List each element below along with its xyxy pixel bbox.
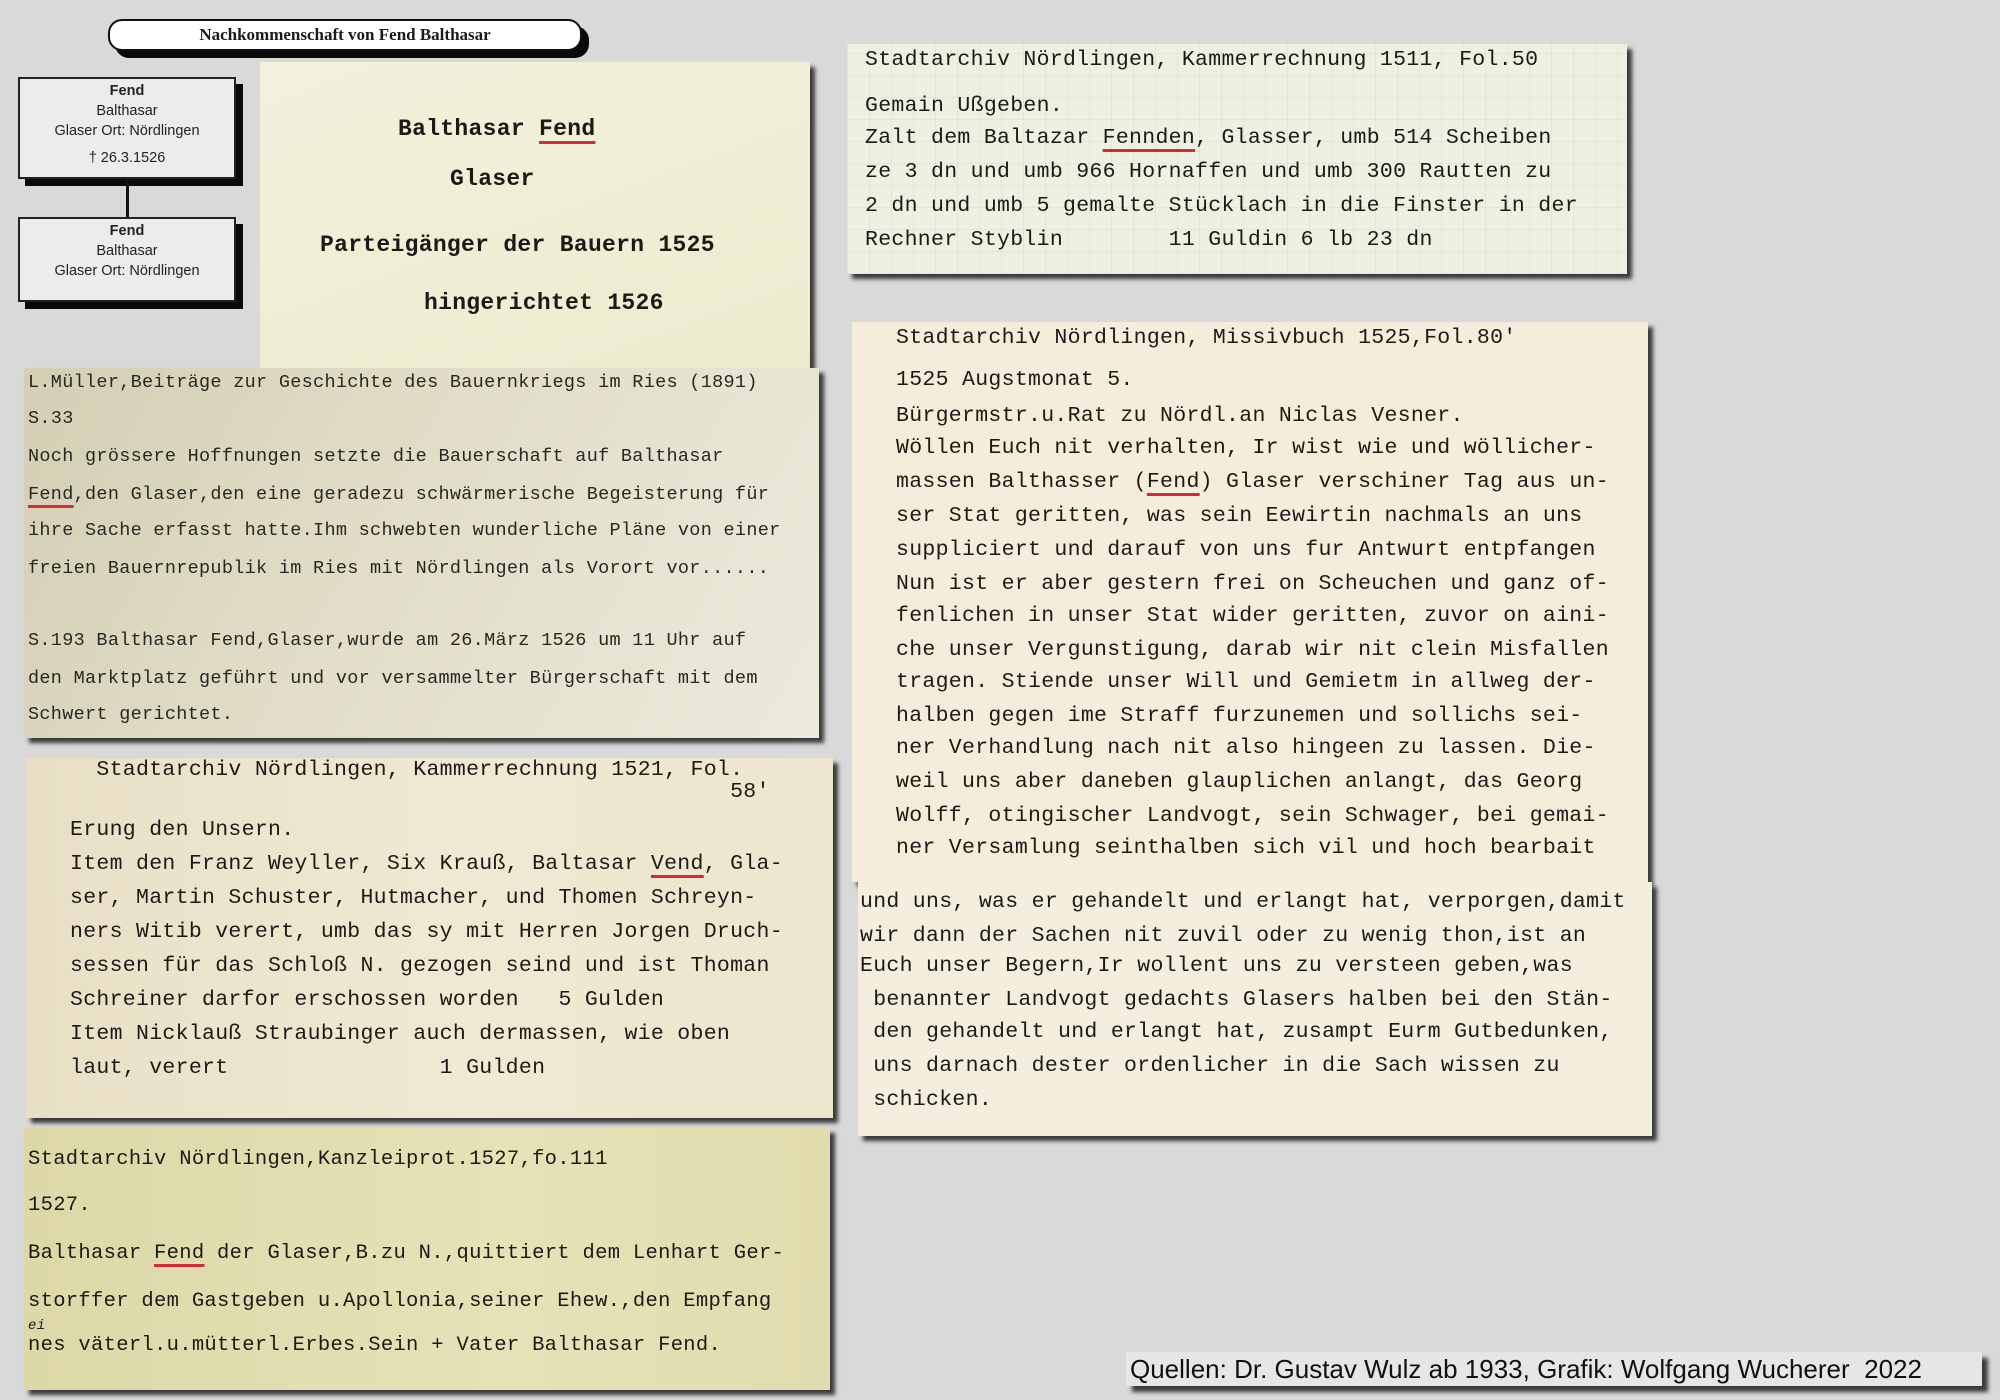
document-line: S.193 Balthasar Fend,Glaser,wurde am 26.…	[28, 630, 746, 651]
tree-node-details: Glaser Ort: Nördlingen	[20, 121, 234, 141]
document-line: Stadtarchiv Nördlingen, Kammerrechnung 1…	[70, 758, 743, 782]
document-line: den Marktplatz geführt und vor versammel…	[28, 668, 758, 689]
tree-node-given-name: Balthasar	[20, 101, 234, 121]
document-kammerrechnung-1521: Stadtarchiv Nördlingen, Kammerrechnung 1…	[26, 758, 833, 1118]
document-line: hingerichtet 1526	[424, 290, 664, 316]
document-line: 1525 Augstmonat 5.	[896, 368, 1134, 392]
document-line: halben gegen ime Straff furzunemen und s…	[896, 704, 1583, 728]
document-line: nes väterl.u.mütterl.Erbes.Sein + Vater …	[28, 1334, 721, 1357]
tree-node-surname: Fend	[20, 81, 234, 101]
document-line: Glaser	[450, 166, 535, 192]
document-line: Balthasar Fend	[398, 116, 595, 142]
document-line: che unser Vergunstigung, darab wir nit c…	[896, 638, 1609, 662]
tree-node-death-date: † 26.3.1526	[20, 148, 234, 168]
document-line: benannter Landvogt gedachts Glasers halb…	[860, 988, 1613, 1012]
document-line: fenlichen in unser Stat wider geritten, …	[896, 604, 1609, 628]
document-missivbuch-1525: Stadtarchiv Nördlingen, Missivbuch 1525,…	[852, 322, 1648, 882]
document-line: Gemain Ußgeben.	[865, 94, 1063, 118]
document-line: uns darnach dester ordenlicher in die Sa…	[860, 1054, 1560, 1078]
tree-node-details: Glaser Ort: Nördlingen	[20, 261, 234, 281]
document-line: Zalt dem Baltazar Fennden, Glasser, umb …	[865, 126, 1552, 150]
document-line: Schwert gerichtet.	[28, 704, 233, 725]
document-line: storffer dem Gastgeben u.Apollonia,seine…	[28, 1290, 772, 1313]
document-line: sessen für das Schloß N. gezogen seind u…	[70, 954, 770, 978]
tree-node-child: Fend Balthasar Glaser Ort: Nördlingen	[18, 217, 236, 302]
document-line: Wolff, otingischer Landvogt, sein Schwag…	[896, 804, 1609, 828]
document-line: laut, verert 1 Gulden	[70, 1056, 545, 1080]
tree-node-given-name: Balthasar	[20, 241, 234, 261]
highlighted-name: Fend	[28, 484, 74, 505]
document-line: und uns, was er gehandelt und erlangt ha…	[860, 890, 1626, 914]
highlighted-name: Fend	[154, 1242, 204, 1265]
document-line: Stadtarchiv Nördlingen, Missivbuch 1525,…	[896, 326, 1517, 350]
document-line: Fend,den Glaser,den eine geradezu schwär…	[28, 484, 769, 505]
document-line: Schreiner darfor erschossen worden 5 Gul…	[70, 988, 664, 1012]
highlighted-name: Fend	[1147, 470, 1200, 494]
document-line: Noch grössere Hoffnungen setzte die Baue…	[28, 446, 724, 467]
document-line: Item Nicklauß Straubinger auch dermassen…	[70, 1022, 730, 1046]
document-line: Stadtarchiv Nördlingen, Kammerrechnung 1…	[865, 48, 1538, 72]
tree-node-surname: Fend	[20, 221, 234, 241]
document-line: Bürgermstr.u.Rat zu Nördl.an Niclas Vesn…	[896, 404, 1464, 428]
document-line: ser, Martin Schuster, Hutmacher, und Tho…	[70, 886, 757, 910]
document-line: ze 3 dn und umb 966 Hornaffen und umb 30…	[865, 160, 1552, 184]
document-line: wir dann der Sachen nit zuvil oder zu we…	[860, 924, 1586, 948]
sources-credit: Quellen: Dr. Gustav Wulz ab 1933, Grafik…	[1126, 1352, 1982, 1386]
document-line: 2 dn und umb 5 gemalte Stücklach in die …	[865, 194, 1578, 218]
chart-title: Nachkommenschaft von Fend Balthasar	[108, 19, 582, 51]
document-line: S.33	[28, 408, 74, 429]
document-line: Erung den Unsern.	[70, 818, 294, 842]
document-line: Item den Franz Weyller, Six Krauß, Balta…	[70, 852, 783, 876]
document-line: Nun ist er aber gestern frei on Scheuche…	[896, 572, 1609, 596]
document-line: Wöllen Euch nit verhalten, Ir wist wie u…	[896, 436, 1596, 460]
document-line: Rechner Styblin 11 Guldin 6 lb 23 dn	[865, 228, 1433, 252]
document-kanzleiprot-1527: Stadtarchiv Nördlingen,Kanzleiprot.1527,…	[24, 1128, 830, 1390]
document-line: ner Versamlung seinthalben sich vil und …	[896, 836, 1596, 860]
document-missivbuch-1525-continued: und uns, was er gehandelt und erlangt ha…	[858, 882, 1652, 1136]
document-line: schicken.	[860, 1088, 992, 1112]
document-kammerrechnung-1511: Stadtarchiv Nördlingen, Kammerrechnung 1…	[847, 44, 1627, 274]
document-line: weil uns aber daneben glauplichen anlang…	[896, 770, 1583, 794]
document-intro-card: Balthasar FendGlaserParteigänger der Bau…	[260, 62, 810, 372]
document-line: 58'	[70, 780, 770, 804]
document-line: ei	[28, 1318, 45, 1334]
document-line: L.Müller,Beiträge zur Geschichte des Bau…	[28, 372, 758, 393]
tree-connector-line	[126, 179, 129, 217]
document-line: Parteigänger der Bauern 1525	[320, 232, 715, 258]
highlighted-name: Vend	[651, 852, 704, 876]
document-mueller-1891: L.Müller,Beiträge zur Geschichte des Bau…	[24, 368, 819, 738]
tree-node-parent: Fend Balthasar Glaser Ort: Nördlingen † …	[18, 77, 236, 179]
document-line: suppliciert und darauf von uns fur Antwu…	[896, 538, 1596, 562]
document-line: ners Witib verert, umb das sy mit Herren…	[70, 920, 783, 944]
highlighted-name: Fend	[539, 116, 595, 142]
document-line: massen Balthasser (Fend) Glaser verschin…	[896, 470, 1609, 494]
highlighted-name: Fennden	[1103, 126, 1195, 150]
document-line: Stadtarchiv Nördlingen,Kanzleiprot.1527,…	[28, 1148, 608, 1171]
document-line: ser Stat geritten, was sein Eewirtin nac…	[896, 504, 1583, 528]
document-line: den gehandelt und erlangt hat, zusampt E…	[860, 1020, 1613, 1044]
document-line: tragen. Stiende unser Will und Gemietm i…	[896, 670, 1596, 694]
document-line: freien Bauernrepublik im Ries mit Nördli…	[28, 558, 769, 579]
document-line: 1527.	[28, 1194, 91, 1217]
document-line: ner Verhandlung nach nit also hingeen zu…	[896, 736, 1596, 760]
document-line: Euch unser Begern,Ir wollent uns zu vers…	[860, 954, 1573, 978]
document-line: ihre Sache erfasst hatte.Ihm schwebten w…	[28, 520, 781, 541]
document-line: Balthasar Fend der Glaser,B.zu N.,quitti…	[28, 1242, 784, 1265]
